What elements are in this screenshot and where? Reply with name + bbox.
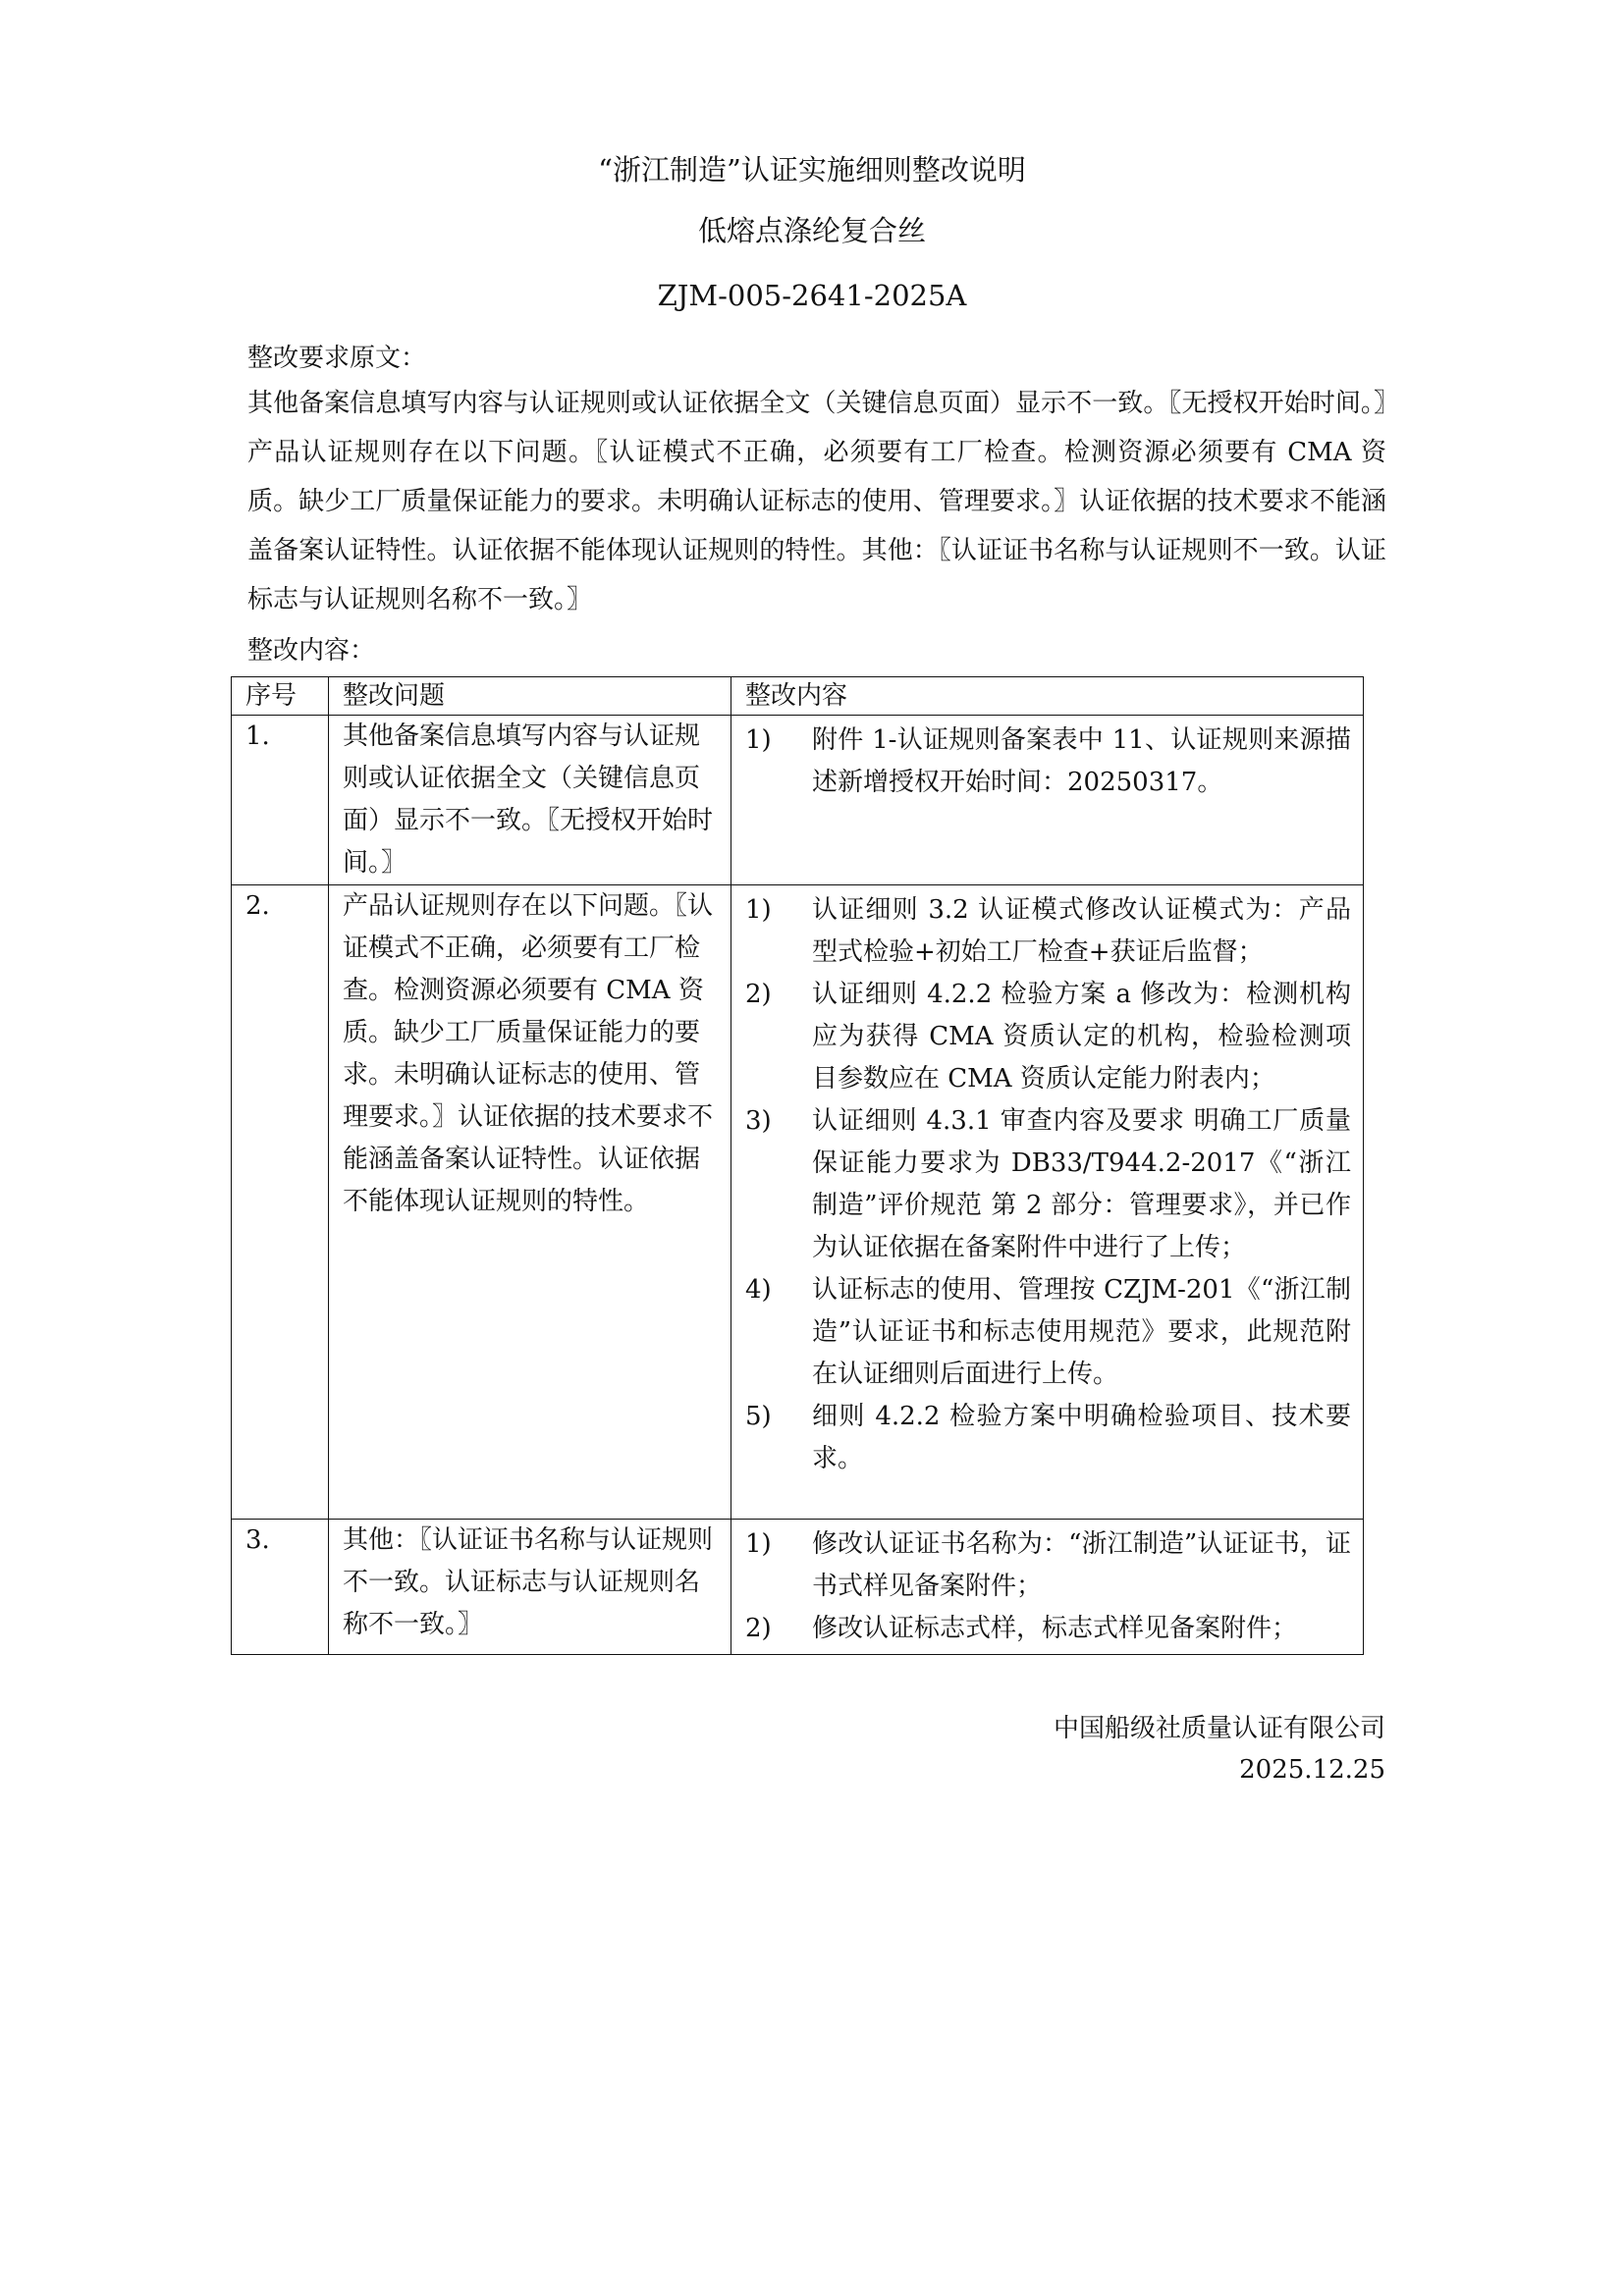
table-row: 3. 其他：〖认证证书名称与认证规则不一致。认证标志与认证规则名称不一致。〗 1… <box>232 1520 1364 1655</box>
row-content: 1)认证细则 3.2 认证模式修改认证模式为：产品型式检验+初始工厂检查+获证后… <box>731 885 1364 1520</box>
item-number: 1) <box>745 720 772 762</box>
content-item: 1)认证细则 3.2 认证模式修改认证模式为：产品型式检验+初始工厂检查+获证后… <box>745 889 1351 974</box>
header-issue: 整改问题 <box>329 677 731 716</box>
content-label: 整改内容： <box>247 626 1386 675</box>
product-name: 低熔点涤纶复合丝 <box>0 211 1624 250</box>
item-number: 1) <box>745 1523 772 1566</box>
content-item: 2)认证细则 4.2.2 检验方案 a 修改为：检测机构应为获得 CMA 资质认… <box>745 974 1351 1100</box>
item-text: 细则 4.2.2 检验方案中明确检验项目、技术要求。 <box>812 1402 1351 1473</box>
row-content: 1)附件 1-认证规则备案表中 11、认证规则来源描述新增授权开始时间：2025… <box>731 716 1364 885</box>
rectification-table: 序号 整改问题 整改内容 1. 其他备案信息填写内容与认证规则或认证依据全文（关… <box>231 676 1364 1655</box>
item-text: 认证细则 4.3.1 审查内容及要求 明确工厂质量保证能力要求为 DB33/T9… <box>812 1106 1351 1262</box>
row-number: 2. <box>232 885 329 1520</box>
requirement-text: 其他备案信息填写内容与认证规则或认证依据全文（关键信息页面）显示不一致。〖无授权… <box>247 379 1386 624</box>
signature-organization: 中国船级社质量认证有限公司 <box>1054 1709 1385 1748</box>
item-number: 2) <box>745 1608 772 1650</box>
item-number: 5) <box>745 1396 772 1438</box>
item-text: 认证细则 3.2 认证模式修改认证模式为：产品型式检验+初始工厂检查+获证后监督… <box>812 895 1351 967</box>
row-issue: 其他备案信息填写内容与认证规则或认证依据全文（关键信息页面）显示不一致。〖无授权… <box>329 716 731 885</box>
row-issue: 其他：〖认证证书名称与认证规则不一致。认证标志与认证规则名称不一致。〗 <box>329 1520 731 1655</box>
row-content: 1)修改认证证书名称为：“浙江制造”认证证书，证书式样见备案附件； 2)修改认证… <box>731 1520 1364 1655</box>
row-issue: 产品认证规则存在以下问题。〖认证模式不正确，必须要有工厂检查。检测资源必须要有 … <box>329 885 731 1520</box>
document-title: “浙江制造”认证实施细则整改说明 <box>0 150 1624 189</box>
item-number: 4) <box>745 1269 772 1311</box>
item-text: 修改认证标志式样，标志式样见备案附件； <box>812 1614 1297 1643</box>
item-number: 2) <box>745 974 772 1016</box>
row-number: 1. <box>232 716 329 885</box>
item-text: 认证细则 4.2.2 检验方案 a 修改为：检测机构应为获得 CMA 资质认定的… <box>812 980 1351 1094</box>
table-row: 2. 产品认证规则存在以下问题。〖认证模式不正确，必须要有工厂检查。检测资源必须… <box>232 885 1364 1520</box>
item-text: 认证标志的使用、管理按 CZJM-201《“浙江制造”认证证书和标志使用规范》要… <box>812 1275 1351 1389</box>
content-item: 3)认证细则 4.3.1 审查内容及要求 明确工厂质量保证能力要求为 DB33/… <box>745 1100 1351 1269</box>
document-code: ZJM-005-2641-2025A <box>0 276 1624 315</box>
table-header-row: 序号 整改问题 整改内容 <box>232 677 1364 716</box>
content-item: 4)认证标志的使用、管理按 CZJM-201《“浙江制造”认证证书和标志使用规范… <box>745 1269 1351 1396</box>
item-text: 修改认证证书名称为：“浙江制造”认证证书，证书式样见备案附件； <box>812 1529 1351 1601</box>
row-number: 3. <box>232 1520 329 1655</box>
content-item: 5)细则 4.2.2 检验方案中明确检验项目、技术要求。 <box>745 1396 1351 1480</box>
header-no: 序号 <box>232 677 329 716</box>
item-number: 1) <box>745 889 772 932</box>
item-text: 附件 1-认证规则备案表中 11、认证规则来源描述新增授权开始时间：202503… <box>812 725 1351 797</box>
signature-date: 2025.12.25 <box>1239 1750 1385 1789</box>
content-item: 2)修改认证标志式样，标志式样见备案附件； <box>745 1608 1351 1650</box>
content-item: 1)修改认证证书名称为：“浙江制造”认证证书，证书式样见备案附件； <box>745 1523 1351 1608</box>
item-number: 3) <box>745 1100 772 1143</box>
requirement-label: 整改要求原文： <box>247 334 1386 383</box>
header-content: 整改内容 <box>731 677 1364 716</box>
content-item: 1)附件 1-认证规则备案表中 11、认证规则来源描述新增授权开始时间：2025… <box>745 720 1351 804</box>
table-row: 1. 其他备案信息填写内容与认证规则或认证依据全文（关键信息页面）显示不一致。〖… <box>232 716 1364 885</box>
